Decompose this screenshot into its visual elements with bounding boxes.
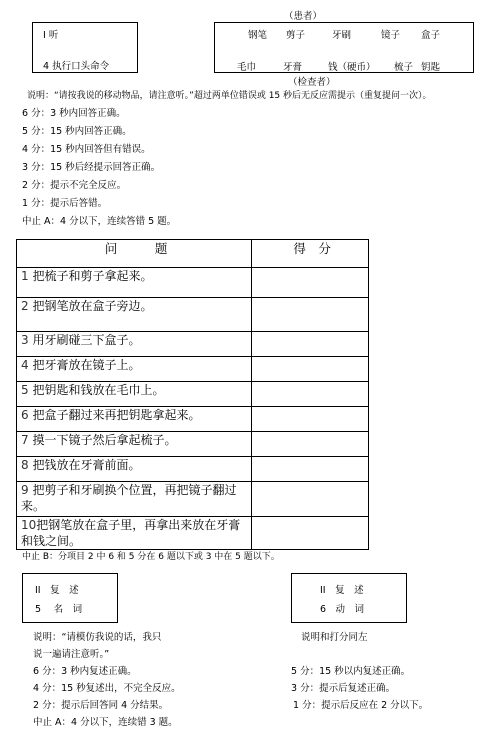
- object-toothpaste: 牙膏: [283, 59, 302, 73]
- row-number: 1: [21, 269, 29, 283]
- stop-b-rule: 中止 B：分项目 2 中 6 和 5 分在 6 题以下或 3 中在 5 题以下。: [22, 551, 280, 564]
- score-cell[interactable]: [252, 357, 369, 382]
- note-line: 说一遍请注意听。”: [33, 648, 181, 665]
- note-line: 说明：“请模仿我说的话，我只: [33, 631, 181, 648]
- repetition-nouns-instructions: 说明：“请模仿我说的话，我只 说一遍请注意听。” 6 分：3 秒内复述正确。 4…: [33, 631, 181, 731]
- row-text: 把钢笔放在盒子旁边。: [32, 299, 152, 313]
- instruction-note: 说明：“请按我说的移动物品，请注意听。”超过两单位错误或 15 秒后无反应需提示…: [27, 90, 432, 103]
- repetition-nouns-box: II 复 述 5 名 词: [22, 573, 118, 623]
- row-number: 5: [21, 383, 29, 397]
- repetition-verbs-scores: 5 分：15 秒以内复述正确。 3 分：提示后复述正确。 1 分：提示后反应在 …: [291, 665, 428, 716]
- object-pen: 钢笔: [248, 27, 267, 41]
- table-row: 5 把钥匙和钱放在毛巾上。: [17, 382, 369, 407]
- score-item: 6 分：3 秒内复述正确。: [33, 665, 181, 682]
- score-cell[interactable]: [252, 407, 369, 432]
- row-text: 把钢笔放在盒子里，再拿出来放在牙膏和钱之间。: [21, 518, 240, 548]
- section-title: I 听: [43, 27, 58, 41]
- score-item: 1 分：提示后反应在 2 分以下。: [291, 699, 428, 716]
- score-item: 5 分：15 秒以内复述正确。: [291, 665, 428, 682]
- row-number: 6: [21, 408, 29, 422]
- table-row: 1 把梳子和剪子拿起来。: [17, 268, 369, 298]
- row-number: 4: [21, 358, 29, 372]
- stop-a-rule: 中止 A：4 分以下，连续错 3 题。: [33, 716, 181, 731]
- row-text: 摸一下镜子然后拿起梳子。: [32, 433, 176, 447]
- score-cell[interactable]: [252, 457, 369, 482]
- row-number: 8: [21, 458, 29, 472]
- section-subtitle: 4 执行口头命令: [43, 58, 109, 72]
- row-text: 把钥匙和钱放在毛巾上。: [32, 383, 164, 397]
- section-subtitle: 5 名 词: [35, 601, 82, 615]
- row-number: 3: [21, 333, 29, 347]
- score-item: 2 分：提示不完全反应。: [22, 179, 176, 197]
- score-item: 3 分：15 秒后经提示回答正确。: [22, 161, 176, 179]
- score-list: 6 分：3 秒内回答正确。 5 分：15 秒内回答正确。 4 分：15 秒内回答…: [22, 107, 176, 233]
- examiner-label: （检查者）: [288, 74, 336, 88]
- row-number: 9: [21, 483, 29, 497]
- row-text: 把梳子和剪子拿起来。: [32, 269, 152, 283]
- row-number: 7: [21, 433, 29, 447]
- repetition-verbs-box: II 复 述 6 动 词: [291, 573, 407, 623]
- score-item: 6 分：3 秒内回答正确。: [22, 107, 176, 125]
- object-mirror: 镜子: [381, 27, 400, 41]
- table-row: 10把钢笔放在盒子里，再拿出来放在牙膏和钱之间。: [17, 517, 369, 550]
- table-row: 4 把牙膏放在镜子上。: [17, 357, 369, 382]
- object-box: 盒子: [421, 27, 440, 41]
- score-cell[interactable]: [252, 432, 369, 457]
- row-text: 用牙刷碰三下盒子。: [32, 333, 140, 347]
- score-item: 1 分：提示后答错。: [22, 197, 176, 215]
- section-subtitle: 6 动 词: [320, 601, 364, 615]
- stop-a-rule: 中止 A：4 分以下，连续答错 5 题。: [22, 215, 176, 233]
- object-coin: 钱（硬币）: [328, 59, 376, 73]
- note-same-as-left: 说明和打分同左: [301, 631, 368, 644]
- score-cell[interactable]: [252, 332, 369, 357]
- table-row: 2 把钢笔放在盒子旁边。: [17, 298, 369, 332]
- table-row: 8 把钱放在牙膏前面。: [17, 457, 369, 482]
- row-number: 2: [21, 299, 29, 313]
- score-item: 4 分：15 秒内回答但有错误。: [22, 143, 176, 161]
- score-cell[interactable]: [252, 482, 369, 517]
- header-question: 问 题: [17, 240, 252, 268]
- row-text: 把钱放在牙膏前面。: [32, 458, 140, 472]
- table-row: 9 把剪子和牙刷换个位置，再把镜子翻过来。: [17, 482, 369, 517]
- row-text: 把牙膏放在镜子上。: [32, 358, 140, 372]
- score-item: 4 分：15 秒复述出，不完全反应。: [33, 682, 181, 699]
- table-row: 3 用牙刷碰三下盒子。: [17, 332, 369, 357]
- patient-label: （患者）: [284, 8, 322, 22]
- score-item: 2 分：提示后回答同 4 分结果。: [33, 699, 181, 716]
- object-towel: 毛巾: [237, 59, 256, 73]
- row-text: 把剪子和牙刷换个位置，再把镜子翻过来。: [21, 483, 236, 513]
- section-listen-box: I 听 4 执行口头命令: [32, 22, 138, 73]
- score-cell[interactable]: [252, 268, 369, 298]
- object-scissors: 剪子: [286, 27, 305, 41]
- object-comb: 梳子: [394, 59, 413, 73]
- objects-layout-box: 钢笔 剪子 牙刷 镜子 盒子 毛巾 牙膏 钱（硬币） 梳子 钥匙: [214, 22, 474, 73]
- section-title: II 复 述: [35, 582, 79, 596]
- row-text: 把盒子翻过来再把钥匙拿起来。: [32, 408, 200, 422]
- object-key: 钥匙: [421, 59, 440, 73]
- score-cell[interactable]: [252, 298, 369, 332]
- section-title: II 复 述: [320, 582, 364, 596]
- questions-table: 问 题 得 分 1 把梳子和剪子拿起来。 2 把钢笔放在盒子旁边。 3 用牙刷碰…: [16, 239, 369, 550]
- score-cell[interactable]: [252, 382, 369, 407]
- table-header-row: 问 题 得 分: [17, 240, 369, 268]
- score-item: 5 分：15 秒内回答正确。: [22, 125, 176, 143]
- score-item: 3 分：提示后复述正确。: [291, 682, 428, 699]
- score-cell[interactable]: [252, 517, 369, 550]
- table-row: 6 把盒子翻过来再把钥匙拿起来。: [17, 407, 369, 432]
- object-toothbrush: 牙刷: [332, 27, 351, 41]
- table-row: 7 摸一下镜子然后拿起梳子。: [17, 432, 369, 457]
- header-score: 得 分: [252, 240, 369, 268]
- row-number: 10: [21, 518, 36, 532]
